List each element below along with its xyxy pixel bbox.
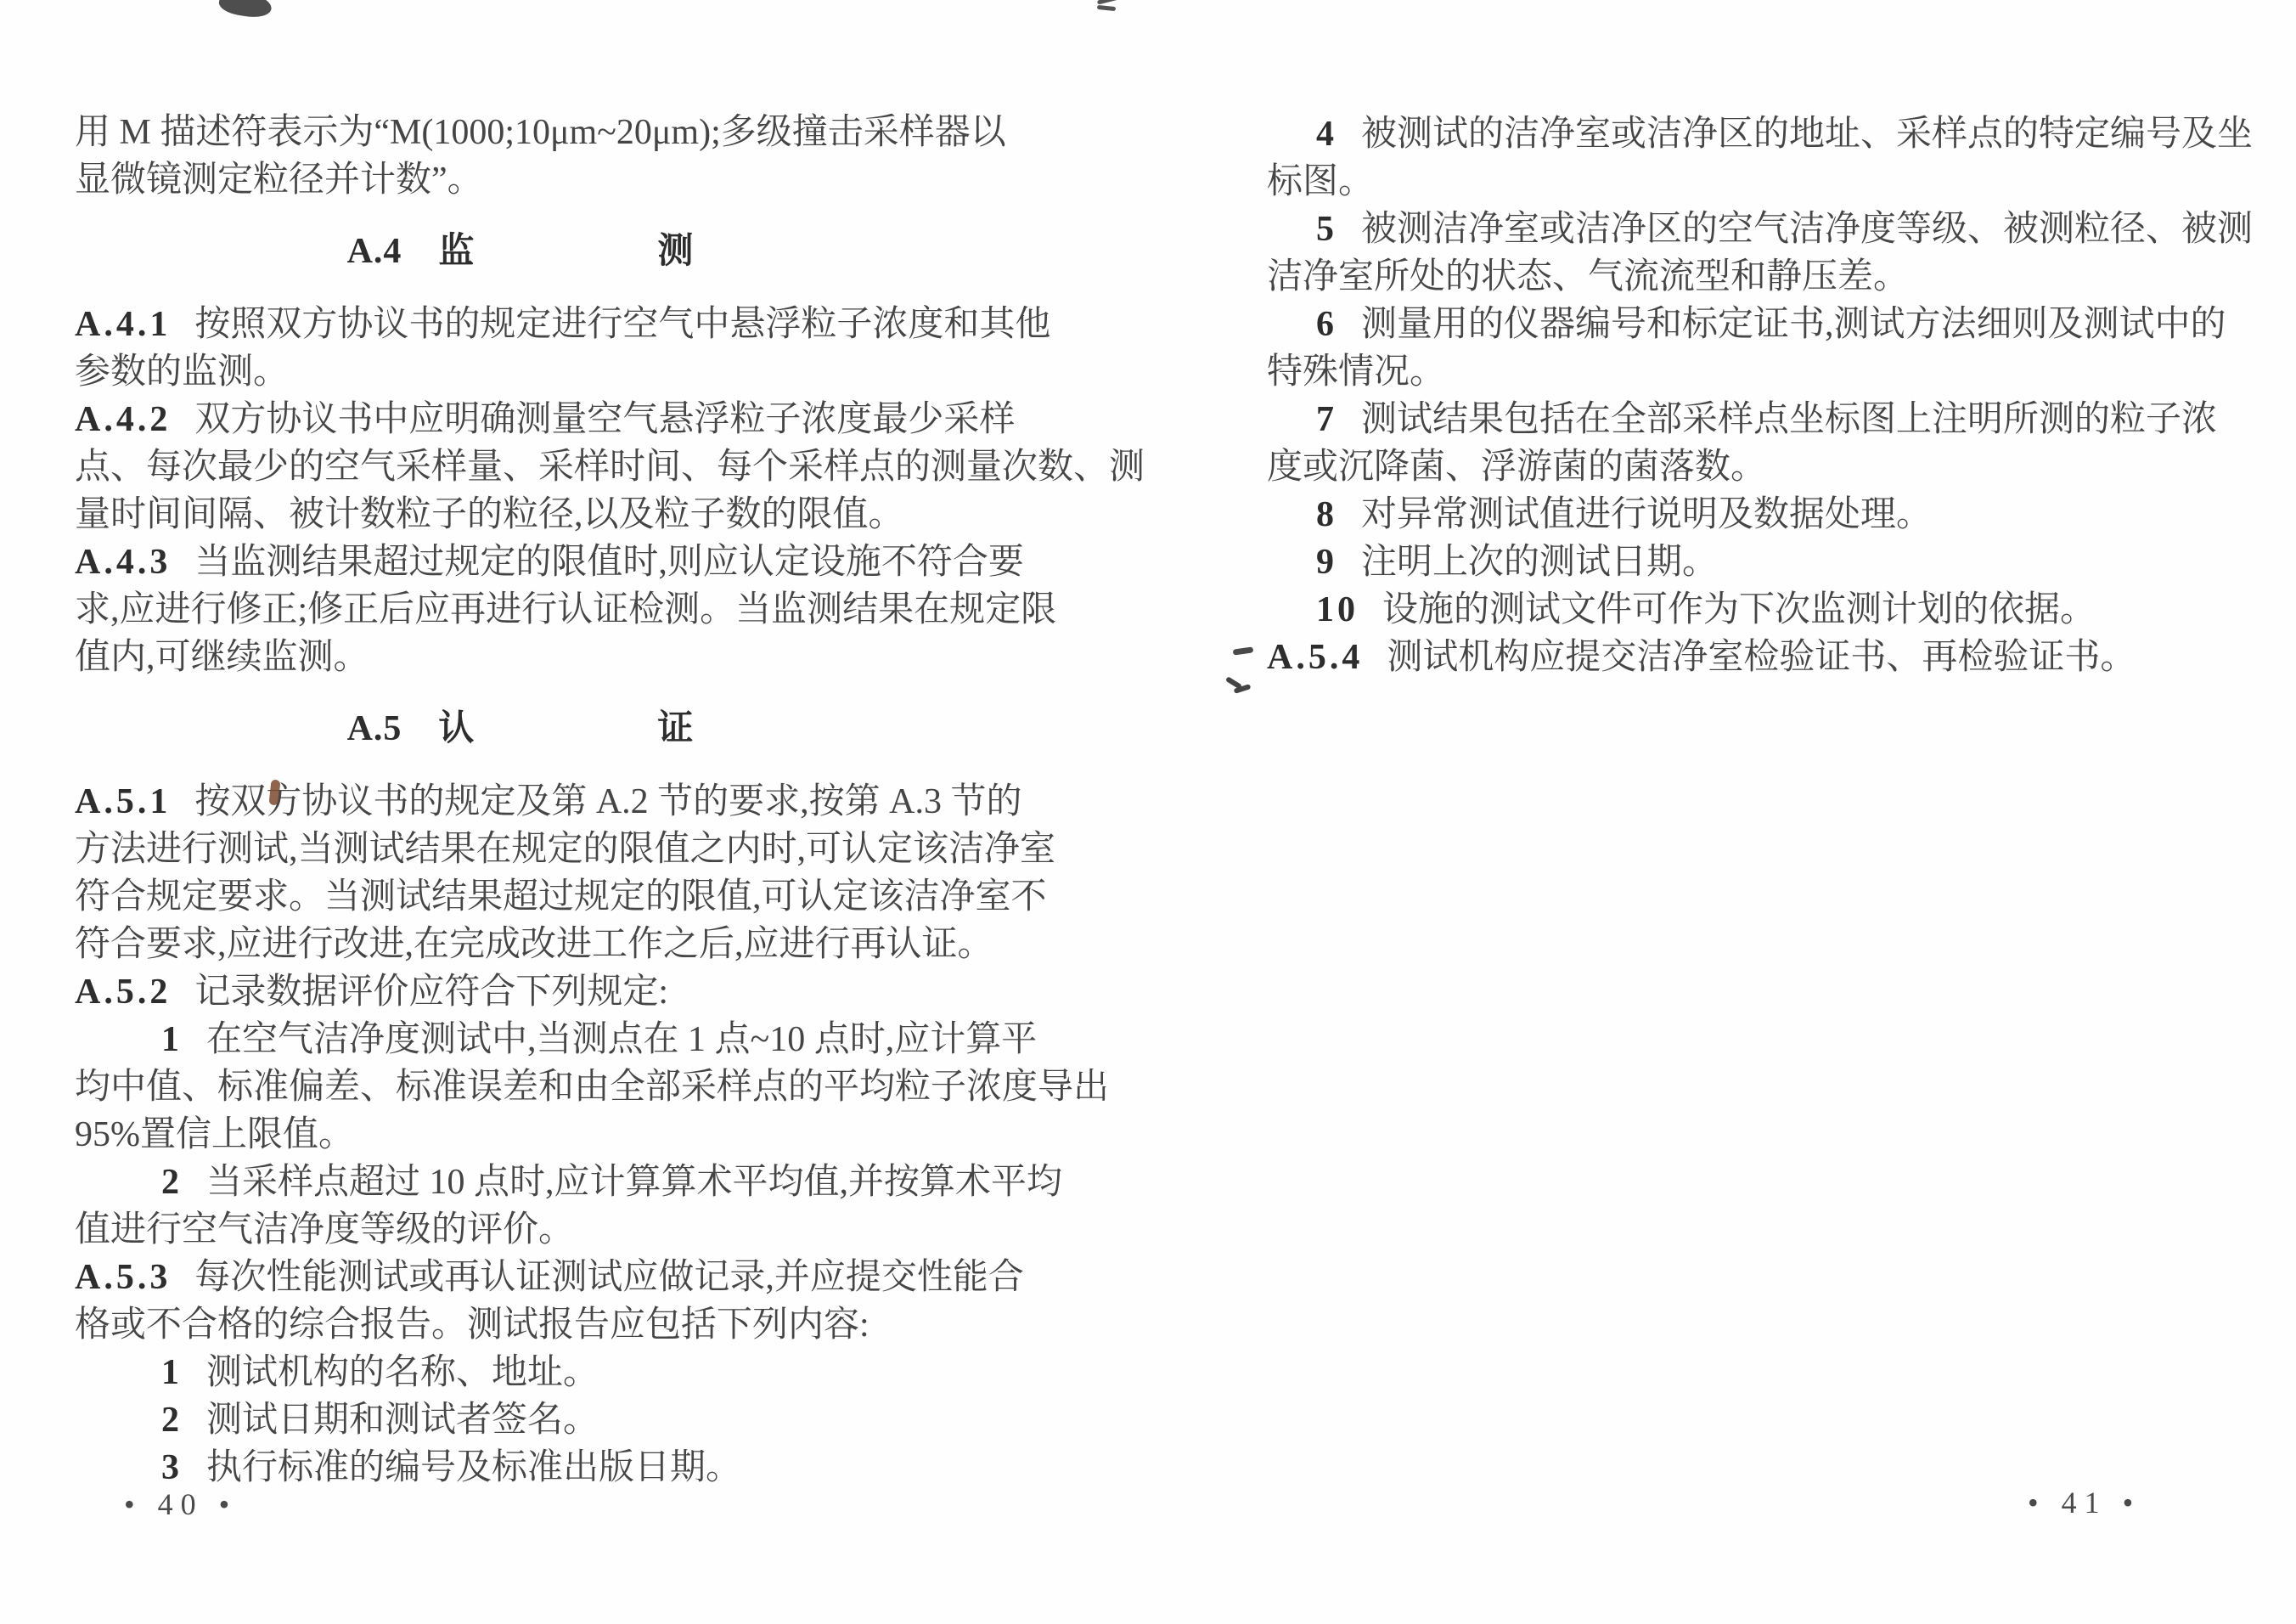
list-item-number: 10 xyxy=(1316,590,1359,629)
scan-artifact-right-dash xyxy=(1233,646,1254,655)
text-line: A.5.1按双方协议书的规定及第 A.2 节的要求,按第 A.3 节的 xyxy=(75,778,1034,826)
page-number-left: • 40 • xyxy=(124,1486,237,1522)
text-line: 6测量用的仪器编号和标定证书,测试方法细则及测试中的 xyxy=(1267,301,2243,348)
list-item-number: 3 xyxy=(161,1448,183,1487)
text-line: 标图。 xyxy=(1267,158,2243,206)
scan-artifact-right-chevron xyxy=(1224,677,1252,697)
text-line: 符合要求,应进行改进,在完成改进工作之后,应进行再认证。 xyxy=(75,921,1034,968)
text-line: A.5.4测试机构应提交洁净室检验证书、再检验证书。 xyxy=(1267,634,2243,681)
text-line: A.4.2双方协议书中应明确测量空气悬浮粒子浓度最少采样 xyxy=(75,396,1034,443)
text-line: 1在空气洁净度测试中,当测点在 1 点~10 点时,应计算平 xyxy=(75,1016,1034,1063)
text-line: 显微镜测定粒径并计数”。 xyxy=(75,156,1034,204)
page-41-text-column: 4被测试的洁净室或洁净区的地址、采样点的特定编号及坐标图。5被测洁净室或洁净区的… xyxy=(1267,110,2243,681)
scan-artifact-top-center-mark xyxy=(1097,0,1124,14)
text-line: 2当采样点超过 10 点时,应计算算术平均值,并按算术平均 xyxy=(75,1159,1034,1206)
section-heading: A.4 监 测 xyxy=(75,228,1034,275)
text-line: A.4.3当监测结果超过规定的限值时,则应认定设施不符合要 xyxy=(75,539,1034,586)
text-line: A.5.3每次性能测试或再认证测试应做记录,并应提交性能合 xyxy=(75,1254,1034,1301)
page-40-text-column: 用 M 描述符表示为“M(1000;10μm~20μm);多级撞击采样器以显微镜… xyxy=(75,109,1034,1491)
clause-number: A.5.1 xyxy=(75,782,171,821)
text-line: 4被测试的洁净室或洁净区的地址、采样点的特定编号及坐 xyxy=(1267,110,2243,158)
text-line: 95%置信上限值。 xyxy=(75,1111,1034,1159)
text-line: 特殊情况。 xyxy=(1267,348,2243,396)
clause-number: A.4.1 xyxy=(75,305,171,344)
text-line: 求,应进行修正;修正后应再进行认证检测。当监测结果在规定限 xyxy=(75,586,1034,634)
list-item-number: 2 xyxy=(161,1401,183,1440)
text-line: 参数的监测。 xyxy=(75,348,1034,396)
text-line: 方法进行测试,当测试结果在规定的限值之内时,可认定该洁净室 xyxy=(75,826,1034,873)
list-item-number: 5 xyxy=(1316,210,1337,249)
list-item-number: 6 xyxy=(1316,305,1337,344)
scan-artifact-top-left-blob xyxy=(217,0,273,20)
clause-number: A.5.4 xyxy=(1267,638,1363,677)
clause-number: A.5.2 xyxy=(75,973,171,1012)
clause-number: A.5.3 xyxy=(75,1258,171,1297)
text-line: 符合规定要求。当测试结果超过规定的限值,可认定该洁净室不 xyxy=(75,873,1034,921)
text-line: 8对异常测试值进行说明及数据处理。 xyxy=(1267,491,2243,539)
list-item-number: 7 xyxy=(1316,400,1337,439)
text-line: 10设施的测试文件可作为下次监测计划的依据。 xyxy=(1267,586,2243,634)
text-line: 5被测洁净室或洁净区的空气洁净度等级、被测粒径、被测 xyxy=(1267,206,2243,253)
text-line: 7测试结果包括在全部采样点坐标图上注明所测的粒子浓 xyxy=(1267,396,2243,443)
list-item-number: 1 xyxy=(161,1020,183,1059)
list-item-number: 9 xyxy=(1316,543,1337,582)
text-line: 量时间间隔、被计数粒子的粒径,以及粒子数的限值。 xyxy=(75,491,1034,539)
text-line: 均中值、标准偏差、标准误差和由全部采样点的平均粒子浓度导出 xyxy=(75,1063,1034,1111)
list-item-number: 1 xyxy=(161,1353,183,1392)
clause-number: A.4.2 xyxy=(75,400,171,439)
text-line: 格或不合格的综合报告。测试报告应包括下列内容: xyxy=(75,1301,1034,1349)
text-line: 洁净室所处的状态、气流流型和静压差。 xyxy=(1267,253,2243,301)
text-line: 点、每次最少的空气采样量、采样时间、每个采样点的测量次数、测 xyxy=(75,443,1034,491)
text-line: 9注明上次的测试日期。 xyxy=(1267,539,2243,586)
section-heading: A.5 认 证 xyxy=(75,705,1034,753)
text-line: A.5.2记录数据评价应符合下列规定: xyxy=(75,968,1034,1016)
list-item-number: 2 xyxy=(161,1163,183,1202)
text-line: 值进行空气洁净度等级的评价。 xyxy=(75,1206,1034,1254)
text-line: 度或沉降菌、浮游菌的菌落数。 xyxy=(1267,443,2243,491)
text-line: 1测试机构的名称、地址。 xyxy=(75,1349,1034,1396)
text-line: A.4.1按照双方协议书的规定进行空气中悬浮粒子浓度和其他 xyxy=(75,301,1034,348)
scanned-page-spread: 用 M 描述符表示为“M(1000;10μm~20μm);多级撞击采样器以显微镜… xyxy=(0,0,2296,1624)
page-number-right: • 41 • xyxy=(2028,1485,2141,1520)
text-line: 3执行标准的编号及标准出版日期。 xyxy=(75,1444,1034,1491)
text-line: 用 M 描述符表示为“M(1000;10μm~20μm);多级撞击采样器以 xyxy=(75,109,1034,156)
text-line: 2测试日期和测试者签名。 xyxy=(75,1396,1034,1444)
clause-number: A.4.3 xyxy=(75,543,171,582)
list-item-number: 8 xyxy=(1316,495,1337,534)
list-item-number: 4 xyxy=(1316,115,1337,154)
text-line: 值内,可继续监测。 xyxy=(75,634,1034,681)
